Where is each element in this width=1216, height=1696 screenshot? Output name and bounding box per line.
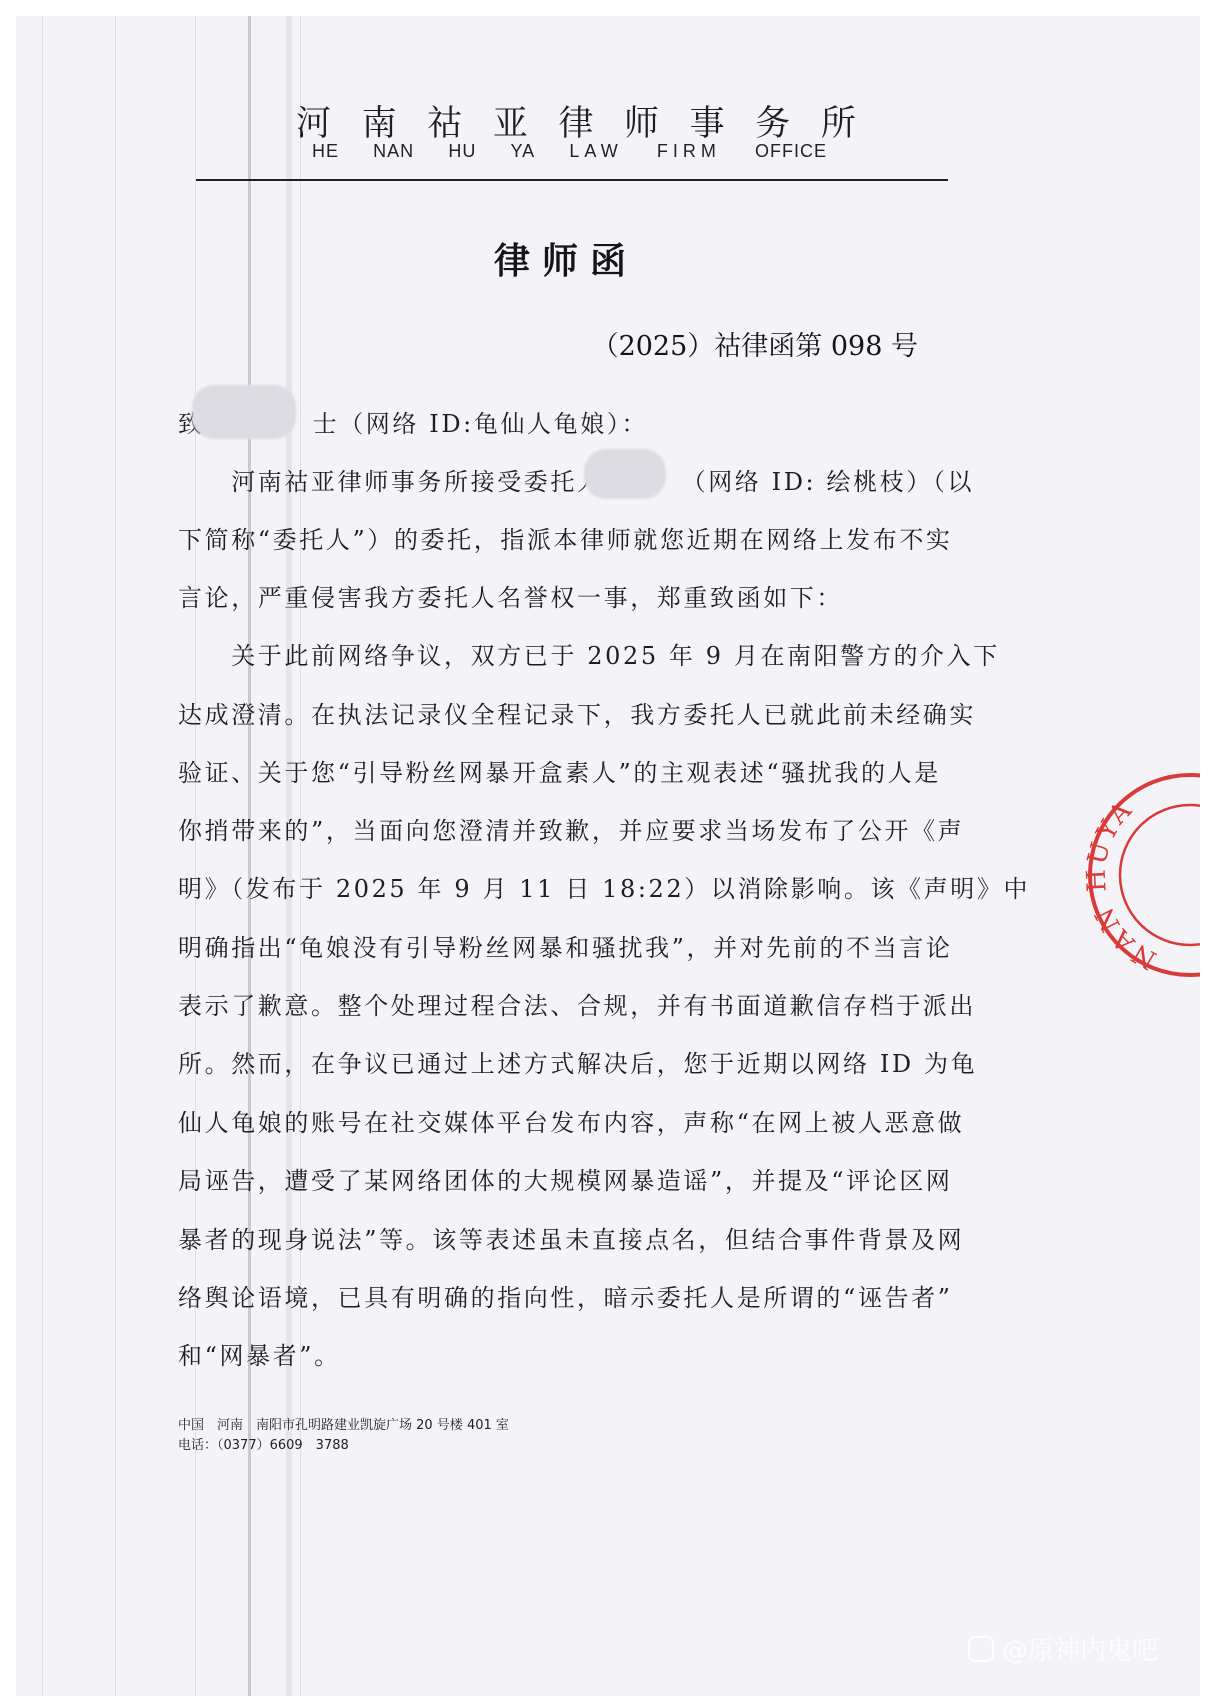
firm-name-word: HU xyxy=(448,141,476,162)
body-line: 络舆论语境，已具有明确的指向性，暗示委托人是所谓的“诬告者” xyxy=(178,1278,968,1313)
body-line: 达成澄清。在执法记录仪全程记录下，我方委托人已就此前未经确实 xyxy=(178,695,968,730)
body-line: 下简称“委托人”）的委托，指派本律师就您近期在网络上发布不实 xyxy=(178,520,968,555)
firm-name-word: FIRM xyxy=(657,141,721,162)
firm-name-chinese: 河 南 祜 亚 律 师 事 务 所 xyxy=(296,96,856,146)
salutation-suffix: 士（网络 ID:龟仙人龟娘）： xyxy=(313,410,648,438)
body-line: 仙人龟娘的账号在社交媒体平台发布内容，声称“在网上被人恶意做 xyxy=(178,1103,968,1138)
document-title: 律师函 xyxy=(494,233,638,284)
firm-name-char: 所 xyxy=(821,96,856,146)
firm-name-char: 事 xyxy=(690,96,725,146)
firm-name-char: 祜 xyxy=(427,96,462,146)
letterhead-divider xyxy=(196,179,948,181)
scan-streak xyxy=(115,16,116,1696)
salutation: 致士（网络 ID:龟仙人龟娘）： xyxy=(178,404,968,439)
body-line: 关于此前网络争议，双方已于 2025 年 9 月在南阳警方的介入下 xyxy=(178,636,968,671)
footer-address: 中国 河南 南阳市孔明路建业凯旋广场 20 号楼 401 室 xyxy=(178,1414,509,1433)
firm-name-word: LAW xyxy=(569,141,622,162)
body-line: 明》（发布于 2025 年 9 月 11 日 18:22）以消除影响。该《声明》… xyxy=(178,869,968,904)
body-line: 和“网暴者”。 xyxy=(178,1336,968,1371)
firm-name-char: 律 xyxy=(558,96,593,146)
watermark: @原神内鬼吧 xyxy=(968,1630,1158,1667)
footer-phone: 电话：（0377）6609 3788 xyxy=(178,1434,349,1453)
body-text: （网络 ID: 绘桃枝）（以 xyxy=(682,468,974,496)
body-line: 明确指出“龟娘没有引导粉丝网暴和骚扰我”，并对先前的不当言论 xyxy=(178,928,968,963)
body-line: 所。然而，在争议已通过上述方式解决后，您于近期以网络 ID 为龟 xyxy=(178,1044,968,1079)
firm-name-char: 亚 xyxy=(493,96,528,146)
body-line: 验证、关于您“引导粉丝网暴开盒素人”的主观表述“骚扰我的人是 xyxy=(178,753,968,788)
letter-page: 河 南 祜 亚 律 师 事 务 所 HE NAN HU YA LAW FIRM … xyxy=(16,16,1200,1696)
firm-name-word: HE xyxy=(312,141,339,162)
body-line: 河南祜亚律师事务所接受委托人（网络 ID: 绘桃枝）（以 xyxy=(178,462,968,497)
body-line: 暴者的现身说法”等。该等表述虽未直接点名，但结合事件背景及网 xyxy=(178,1220,968,1255)
watermark-text: @原神内鬼吧 xyxy=(1002,1630,1158,1667)
body-text: 河南祜亚律师事务所接受委托人 xyxy=(178,468,604,496)
firm-name-word: YA xyxy=(511,141,536,162)
body-line: 言论，严重侵害我方委托人名誉权一事，郑重致函如下： xyxy=(178,578,968,613)
firm-name-char: 务 xyxy=(755,96,790,146)
body-line: 局诬告，遭受了某网络团体的大规模网暴造谣”，并提及“评论区网 xyxy=(178,1161,968,1196)
firm-name-char: 师 xyxy=(624,96,659,146)
firm-name-char: 南 xyxy=(362,96,397,146)
redaction-blur xyxy=(192,385,296,439)
body-line: 表示了歉意。整个处理过程合法、合规，并有书面道歉信存档于派出 xyxy=(178,986,968,1021)
page-margin xyxy=(1200,0,1216,1696)
document-number: （2025）祜律函第 098 号 xyxy=(592,324,918,363)
firm-name-char: 河 xyxy=(296,96,331,146)
app-logo-icon xyxy=(968,1636,994,1662)
redaction-blur xyxy=(584,449,666,499)
firm-name-word: OFFICE xyxy=(755,141,827,162)
scan-streak xyxy=(42,16,43,1696)
firm-name-english: HE NAN HU YA LAW FIRM OFFICE xyxy=(312,141,827,162)
firm-name-word: NAN xyxy=(373,141,414,162)
body-line: 你捎带来的”，当面向您澄清并致歉，并应要求当场发布了公开《声 xyxy=(178,811,968,846)
